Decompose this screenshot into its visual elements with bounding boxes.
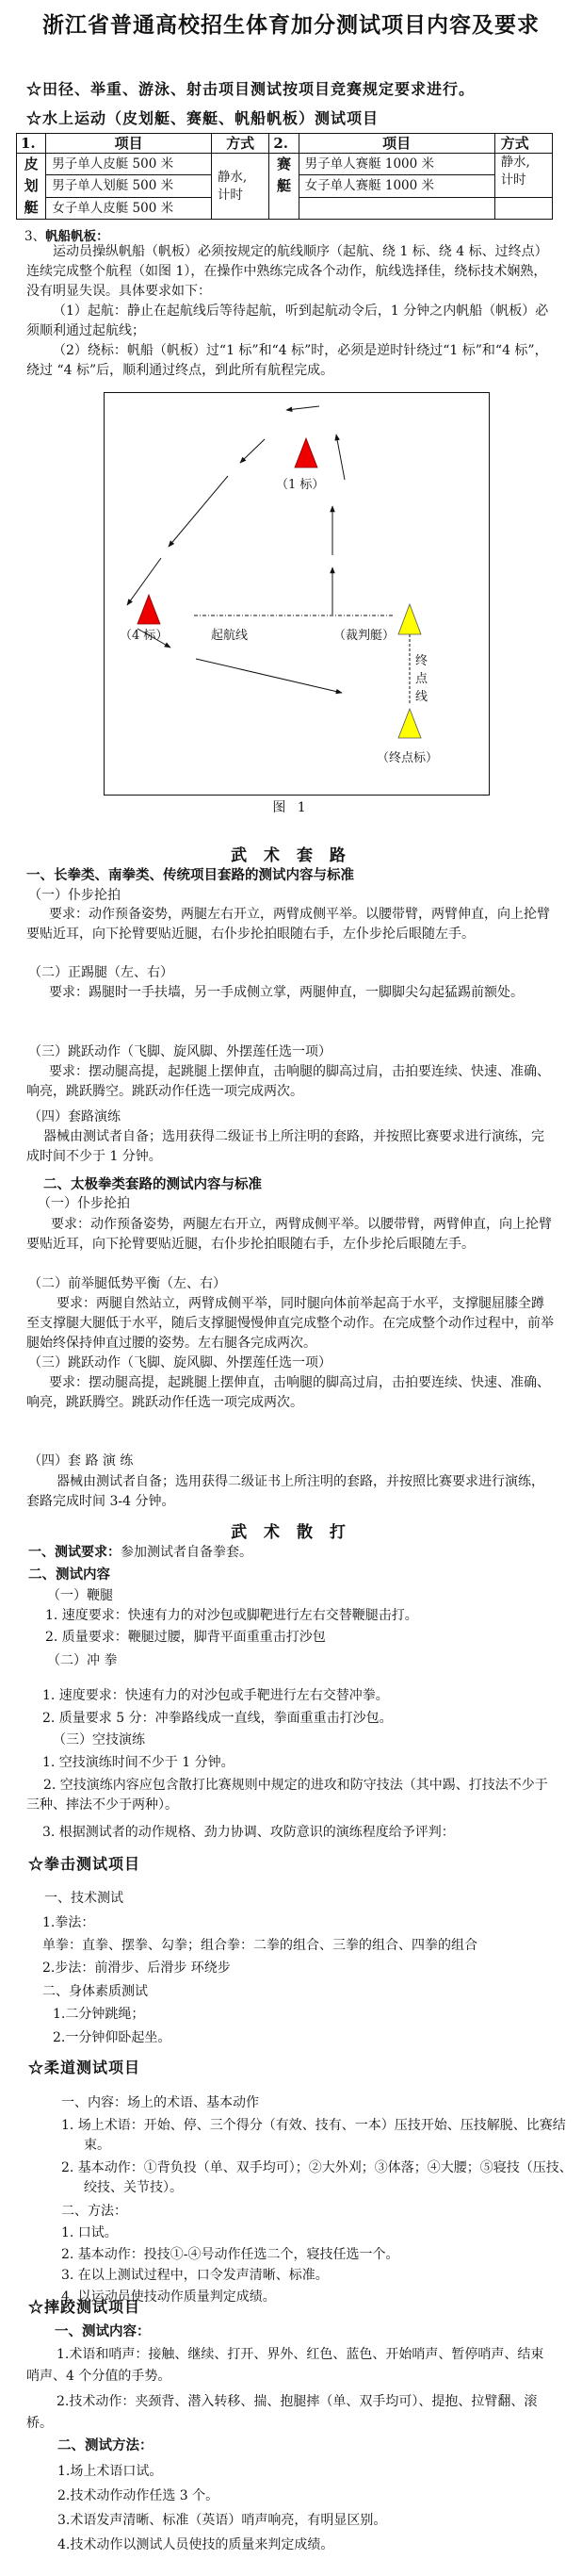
wushu-s1-item-text: 要求：动作预备姿势，两腿左右开立，两臂成侧平举。以腰带臂，两臂伸直，向上抡臂要贴… <box>26 905 556 944</box>
wushu-s2-item-heading: （三）跳跃动作（飞脚、旋风脚、外摆莲任选一项） <box>28 1354 331 1372</box>
kayak-event: 男子单人划艇 500 米 <box>46 175 212 197</box>
kayak-event: 女子单人皮艇 500 米 <box>46 197 212 219</box>
rowing-event: 男子单人赛艇 1000 米 <box>299 154 494 175</box>
kayak-mode-line: 静水, <box>218 169 263 187</box>
wushu-s1-item-text: 要求：踢腿时一手扶墙，另一手成侧立掌，两腿伸直，一脚脚尖勾起猛踢前额处。 <box>26 983 556 1003</box>
judo-content-heading: 一、内容：场上的术语、基本动作 <box>61 2093 259 2112</box>
finish-line-char: 点 <box>415 670 428 688</box>
sanda-punch-heading: （二）冲 拳 <box>47 1651 117 1670</box>
wushu-s1-item-heading: （三）跳跃动作（飞脚、旋风脚、外摆莲任选一项） <box>28 1042 331 1061</box>
sailing-heading: 3、帆船帆板： <box>24 225 109 244</box>
boxing-line: 2.步法：前滑步、后滑步 环绕步 <box>42 1959 231 1977</box>
mark-4-buoy-icon <box>137 595 160 624</box>
rowing-mode-line: 静水, <box>501 154 546 172</box>
wushu-s1-item-heading: （四）套路演练 <box>28 1108 121 1126</box>
intro-line: ☆田径、举重、游泳、射击项目测试按项目竞赛规定要求进行。 <box>26 77 475 99</box>
rowing-header-item: 项目 <box>299 134 494 154</box>
wushu-s1-item-heading: （一）仆步抡拍 <box>28 886 121 905</box>
wrestling-method-item: 3.术语发声清晰、标准（英语）哨声响亮，有明显区别。 <box>57 2511 386 2530</box>
kayak-category: 皮 划 艇 <box>17 154 46 220</box>
sanda-shadow-item: 3. 根据测试者的动作规格、劲力协调、攻防意识的演练程度给予评判： <box>42 1823 455 1842</box>
course-arrow <box>127 558 161 605</box>
sanda-req-label: 一、测试要求： <box>28 1545 121 1560</box>
wrestling-method-item: 4.技术动作以测试人员使技的质量来判定成绩。 <box>57 2535 333 2554</box>
wushu-s2-heading: 二、太极拳类套路的测试内容与标准 <box>43 1173 262 1193</box>
wushu-s2-item-heading: （二）前举腿低势平衡（左、右） <box>28 1274 226 1293</box>
rowing-event: 女子单人赛艇 1000 米 <box>299 175 494 197</box>
rowing-header-mode: 方式 <box>494 134 552 154</box>
kayak-event: 男子单人皮艇 500 米 <box>46 154 212 175</box>
course-arrow <box>169 476 228 547</box>
wrestling-method-heading: 二、测试方法： <box>57 2435 154 2454</box>
judo-method-heading: 二、方法： <box>61 2202 127 2221</box>
sanda-shadow-heading: （三）空技演练 <box>53 1731 145 1749</box>
kayak-mode: 静水, 计时 <box>211 154 268 220</box>
wushu-s1-item-heading: （二）正踢腿（左、右） <box>28 963 173 982</box>
wrestling-content-item: 1.术语和哨声：接触、继续、打开、界外、红色、蓝色、开始哨声、暂停哨声、结束哨声… <box>26 2344 556 2387</box>
wrestling-method-item: 1.场上术语口试。 <box>57 2462 162 2481</box>
kayak-header-mode: 方式 <box>211 134 268 154</box>
sanda-kick-item: 2. 质量要求：鞭腿过腰，脚背平面重重击打沙包 <box>45 1628 326 1647</box>
rowing-event <box>299 197 494 219</box>
wushu-s1-item-text: 器械由测试者自备；选用获得二级证书上所注明的套路，并按照比赛要求进行演练，完成时… <box>26 1127 556 1167</box>
rowing-category: 赛 艇 <box>269 154 299 220</box>
judge-boat-label: （裁判艇） <box>333 625 395 643</box>
kayak-mode-line: 计时 <box>218 187 263 205</box>
wushu-s2-item-text: 要求：两腿自然站立，两臂成侧平举，同时腿向体前举起高于水平，支撑腿屈膝全蹲至支撑… <box>26 1294 556 1354</box>
wushu-s2-item-text: 要求：摆动腿高提，起跳腿上摆伸直，击响腿的脚高过肩，击拍要连续、快速、准确、响亮… <box>26 1373 556 1413</box>
judo-method-item: 1. 口试。 <box>61 2223 118 2242</box>
sanda-requirement: 一、测试要求：参加测试者自备拳套。 <box>28 1542 252 1561</box>
sanda-title: 武 术 散 打 <box>0 1518 582 1542</box>
wushu-s2-item-text: 器械由测试者自备；选用获得二级证书上所注明的套路，并按照比赛要求进行演练，套路完… <box>26 1472 556 1512</box>
boxing-heading: ☆拳击测试项目 <box>28 1852 140 1874</box>
judge-boat-icon <box>398 604 421 634</box>
rowing-number: 2. <box>269 134 299 154</box>
kayak-cat-char: 艇 <box>21 197 41 219</box>
boxing-line: 1.二分钟跳绳； <box>53 2005 144 2024</box>
finish-line-char: 线 <box>415 688 428 706</box>
course-arrow <box>196 659 342 693</box>
rowing-mode-empty <box>494 197 552 219</box>
wrestling-method-item: 2.技术动作动作任选 3 个。 <box>57 2486 218 2505</box>
rowing-cat-char: 艇 <box>273 175 294 197</box>
wushu-s1-heading: 一、长拳类、南拳类、传统项目套路的测试内容与标准 <box>26 864 354 884</box>
wushu-s2-item-text: 要求：动作预备姿势，两腿左右开立，两臂成侧平举。以腰带臂，两臂伸直，向上抡臂要贴… <box>26 1215 556 1255</box>
finish-line-label: 终 点 线 <box>415 652 428 706</box>
sanda-punch-item: 2. 质量要求 5 分：冲拳路线成一直线，拳面重重击打沙包。 <box>42 1709 393 1728</box>
sailing-rounding-rule: （2）绕标：帆船（帆板）过“1 标”和“4 标”时，必须是逆时针绕过“1 标”和… <box>26 341 556 381</box>
sanda-kick-heading: （一）鞭腿 <box>47 1586 113 1605</box>
figure-caption: 图 1 <box>0 797 582 816</box>
sailing-start-rule: （1）起航：静止在起航线后等待起航，听到起航动令后，1 分钟之内帆船（帆板）必须… <box>26 302 556 341</box>
rowing-mode: 静水, 计时 <box>494 154 552 198</box>
kayak-cat-char: 皮 <box>21 154 41 175</box>
judo-method-item: 2. 基本动作：投技①-④号动作任选二个，寝技任选一个。 <box>61 2245 399 2264</box>
course-diagram: （1 标） （4 标） 起航线 （裁判艇） 终 点 线 （终点标） <box>104 392 490 796</box>
document-title: 浙江省普通高校招生体育加分测试项目内容及要求 <box>0 8 582 39</box>
mark-4-label: （4 标） <box>120 625 168 643</box>
boxing-line: 一、技术测试 <box>44 1889 123 1908</box>
judo-content-item: 1. 场上术语：开始、停、三个得分（有效、技有、一本）压技开始、压技解脱、比赛结… <box>61 2116 578 2156</box>
wrestling-heading: ☆摔跤测试项目 <box>28 2295 140 2317</box>
wushu-s2-item-heading: （一）仆步抡拍 <box>38 1194 130 1213</box>
course-arrow <box>286 406 319 410</box>
wrestling-content-heading: 一、测试内容： <box>55 2321 151 2340</box>
sanda-shadow-item: 2. 空技演练内容应包含散打比赛规则中规定的进攻和防守技法（其中踢、打技法不少于… <box>26 1776 556 1815</box>
judo-content-item: 2. 基本动作：①背负投（单、双手均可）；②大外刈；③体落；④大腰；⑤寝技（压技… <box>61 2158 578 2198</box>
mark-1-buoy-icon <box>295 438 317 468</box>
finish-mark-icon <box>398 709 421 738</box>
sanda-shadow-item: 1. 空技演练时间不少于 1 分钟。 <box>42 1753 234 1772</box>
boxing-line: 单拳：直拳、摆拳、勾拳；组合拳：二拳的组合、三拳的组合、四拳的组合 <box>42 1936 477 1955</box>
boxing-line: 1.拳法： <box>42 1913 94 1932</box>
wushu-routine-title: 武 术 套 路 <box>0 842 582 865</box>
sanda-content-heading: 二、测试内容 <box>28 1564 110 1583</box>
boat-events-table: 1. 项目 方式 2. 项目 方式 皮 划 艇 男子单人皮艇 500 米 静水,… <box>16 133 553 220</box>
sanda-punch-item: 1. 速度要求：快速有力的对沙包或手靶进行左右交替冲拳。 <box>42 1686 389 1705</box>
sailing-paragraph: 运动员操纵帆船（帆板）必须按规定的航线顺序（起航、绕 1 标、绕 4 标、过终点… <box>26 242 556 302</box>
finish-mark-label: （终点标） <box>377 747 438 765</box>
judo-method-item: 3. 在以上测试过程中，口令发声清晰、标准。 <box>61 2266 329 2285</box>
course-diagram-svg <box>105 393 489 795</box>
sanda-req-text: 参加测试者自备拳套。 <box>121 1545 252 1560</box>
finish-line-char: 终 <box>415 652 428 670</box>
rowing-mode-line: 计时 <box>501 172 546 189</box>
boxing-line: 2.一分钟仰卧起坐。 <box>53 2028 170 2047</box>
course-arrow <box>336 435 345 480</box>
start-line-label: 起航线 <box>211 625 248 643</box>
mark-1-label: （1 标） <box>276 474 324 492</box>
course-arrow <box>240 439 265 463</box>
sanda-kick-item: 1. 速度要求：快速有力的对沙包或脚靶进行左右交替鞭腿击打。 <box>45 1606 418 1625</box>
water-sports-heading: ☆水上运动（皮划艇、赛艇、帆船帆板）测试项目 <box>26 107 379 128</box>
wrestling-content-item: 2.技术动作：夹颈背、潜入转移、揣、抱腿摔（单、双手均可）、提抱、拉臂翻、滚桥。 <box>26 2391 556 2435</box>
judo-heading: ☆柔道测试项目 <box>28 2056 140 2077</box>
kayak-number: 1. <box>17 134 46 154</box>
kayak-header-item: 项目 <box>46 134 212 154</box>
boxing-line: 二、身体素质测试 <box>42 1982 148 2001</box>
wushu-s2-item-heading: （四）套 路 演 练 <box>28 1452 133 1470</box>
kayak-cat-char: 划 <box>21 175 41 197</box>
wushu-s1-item-text: 要求：摆动腿高提，起跳腿上摆伸直，击响腿的脚高过肩，击拍要连续、快速、准确、响亮… <box>26 1062 556 1102</box>
rowing-cat-char: 赛 <box>273 154 294 175</box>
